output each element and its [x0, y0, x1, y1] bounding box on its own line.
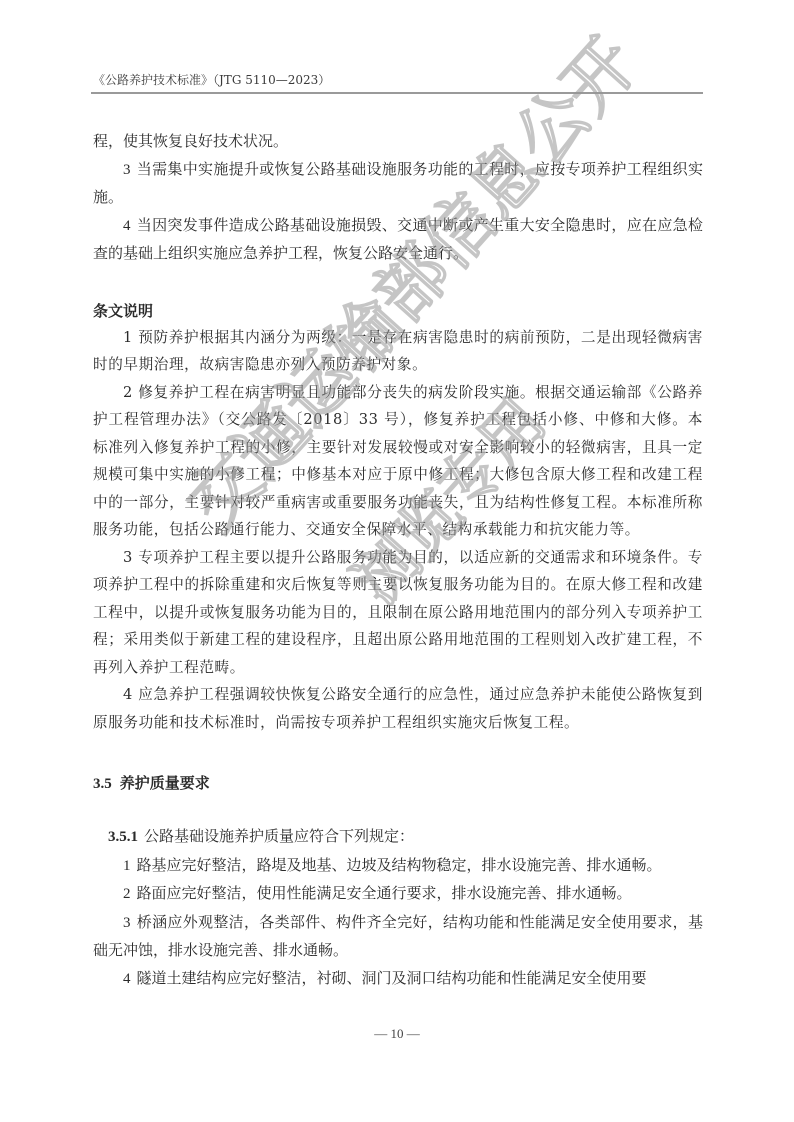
section-heading: 3.5养护质量要求	[93, 770, 703, 797]
clause-text: 公路基础设施养护质量应符合下列规定：	[144, 827, 414, 845]
item-number: 4	[123, 218, 131, 234]
running-header: 《公路养护技术标准》（JTG 5110—2023）	[93, 71, 330, 88]
clause-3-5-1: 3.5.1公路基础设施养护质量应符合下列规定： 1路基应完好整洁，路堤及地基、边…	[93, 823, 703, 993]
item-number: 4	[123, 971, 131, 987]
commentary-paragraph: 1 预防养护根据其内涵分为两级：一是存在病害隐患时的病前预防，二是出现轻微病害时…	[93, 324, 703, 379]
clause-number: 3.5.1	[108, 829, 138, 845]
item-text: 路基应完好整洁，路堤及地基、边坡及结构物稳定，排水设施完善、排水通畅。	[137, 856, 662, 874]
commentary-block: 条文说明 1 预防养护根据其内涵分为两级：一是存在病害隐患时的病前预防，二是出现…	[93, 298, 703, 737]
list-item: 1路基应完好整洁，路堤及地基、边坡及结构物稳定，排水设施完善、排水通畅。	[93, 852, 703, 881]
item-text: 桥涵应外观整洁，各类部件、构件齐全完好，结构功能和性能满足安全使用要求，基础无冲…	[93, 913, 703, 960]
item-number: 3	[123, 915, 131, 931]
item-text: 隧道土建结构应完好整洁，衬砌、洞门及洞口结构功能和性能满足安全使用要	[137, 969, 647, 987]
item-text: 路面应完好整洁，使用性能满足安全通行要求，排水设施完善、排水通畅。	[137, 884, 632, 902]
section-title: 养护质量要求	[120, 774, 210, 792]
list-item: 4隧道土建结构应完好整洁，衬砌、洞门及洞口结构功能和性能满足安全使用要	[93, 965, 703, 994]
commentary-paragraph: 2 修复养护工程在病害明显且功能部分丧失的病发阶段实施。根据交通运输部《公路养护…	[93, 379, 703, 544]
page-body: 程，使其恢复良好技术状况。 3当需集中实施提升或恢复公路基础设施服务功能的工程时…	[93, 128, 703, 993]
page-number: — 10 —	[0, 1026, 794, 1042]
list-item: 4当因突发事件造成公路基础设施损毁、交通中断或产生重大安全隐患时，应在应急检查的…	[93, 212, 703, 268]
list-item: 3桥涵应外观整洁，各类部件、构件齐全完好，结构功能和性能满足安全使用要求，基础无…	[93, 909, 703, 965]
header-rule	[91, 92, 703, 94]
item-text: 当需集中实施提升或恢复公路基础设施服务功能的工程时，应按专项养护工程组织实施。	[93, 160, 703, 207]
section-number: 3.5	[93, 776, 112, 792]
clause-lead: 3.5.1公路基础设施养护质量应符合下列规定：	[93, 823, 703, 852]
item-number: 2	[123, 886, 131, 902]
document-page: 《公路养护技术标准》（JTG 5110—2023） 程，使其恢复良好技术状况。 …	[0, 0, 794, 1122]
item-text: 当因突发事件造成公路基础设施损毁、交通中断或产生重大安全隐患时，应在应急检查的基…	[93, 216, 703, 263]
commentary-paragraph: 3 专项养护工程主要以提升公路服务功能为目的，以适应新的交通需求和环境条件。专项…	[93, 544, 703, 682]
item-number: 3	[123, 162, 131, 178]
commentary-paragraph: 4 应急养护工程强调较快恢复公路安全通行的应急性，通过应急养护未能使公路恢复到原…	[93, 681, 703, 736]
commentary-title: 条文说明	[93, 298, 703, 324]
continuation-line: 程，使其恢复良好技术状况。	[93, 128, 703, 156]
list-item: 3当需集中实施提升或恢复公路基础设施服务功能的工程时，应按专项养护工程组织实施。	[93, 156, 703, 212]
item-number: 1	[123, 858, 131, 874]
list-item: 2路面应完好整洁，使用性能满足安全通行要求，排水设施完善、排水通畅。	[93, 880, 703, 909]
